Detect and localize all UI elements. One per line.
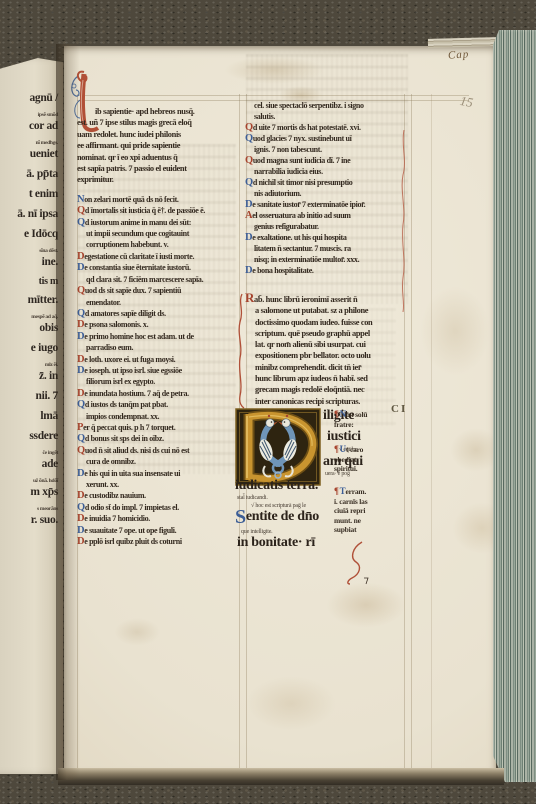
ruling-line (77, 95, 469, 96)
paraph-mark: ¶ (334, 444, 339, 454)
capitulum-entry: De suauitate 7 ope. ut ope figuli. (77, 525, 240, 536)
text-fragment: ā. pp̄ta (0, 168, 58, 181)
capitulum-text: e loth. uxore ei. ut fuga moysi. (84, 355, 175, 364)
capitulum-text: d uite 7 mortis ds hat potestatē. xvi. (253, 123, 361, 132)
capitulum-entry: De psona salomonis. x. (77, 319, 240, 330)
capitulum-entry: De ioseph. ut ipso isrl. siue egssiōe fi… (77, 365, 240, 388)
cap-annotation: Cap (448, 48, 470, 61)
capitulum-entry: Qd amatores sapīe diligit ds. (77, 308, 240, 319)
red-flourish-tail (236, 292, 246, 412)
text-fragment: ueniet (0, 148, 58, 161)
text-fragment: e Idōcq (0, 228, 58, 241)
capitulum-initial: Q (245, 122, 253, 133)
facing-page-text-fragments: agnū / ipsē smōd cor ad nī medħgs. uenie… (0, 58, 63, 527)
capitulum-initial: Q (245, 177, 253, 188)
capitulum-entry: De his qui in uita sua insensate ui xeru… (77, 468, 240, 491)
parchment-stain (114, 618, 160, 646)
capitulum-initial: Q (77, 502, 85, 513)
capitulum-entry: De bona hospitalitate. (245, 265, 416, 276)
capitulum-text: e exaltatione. ut his qui hospita litate… (252, 233, 359, 264)
text-fragment: m xp̄s (0, 486, 58, 499)
capitulum-text: d amatores sapīe diligit ds. (85, 309, 166, 318)
capitulum-initial: Q (77, 308, 85, 319)
rab-text: ab̄. hunc librū ieronimī asserit n̄ a sa… (254, 295, 372, 406)
capitulum-text: e suauitate 7 ope. ut ope figuli. (84, 526, 176, 535)
text-fragment: ssdere (0, 430, 58, 443)
capitulum-text: er q̄ peccat quis. p h 7 torquet. (83, 423, 175, 432)
capitulum-entry: Qd bonus sit sps dei in oībz. (77, 433, 240, 444)
capitulum-initial: Q (77, 433, 85, 444)
capitulum-text: d iustorum anime in manu dei sūt: ut imp… (85, 218, 191, 250)
page-top-edges (428, 37, 496, 48)
capitulum-text: e constantia siue ēternitate iustorū. qd… (84, 263, 203, 283)
text-fragment: ine. (0, 256, 58, 269)
sentite-line: Sentite de dn̄o (235, 509, 319, 525)
capitulum-text: egestatione cū claritate ī iusti morte. (84, 252, 194, 261)
capitulum-entry: cel. siue spectaclō serpentibz. i signo … (245, 100, 416, 122)
capitulum-text: el osseruatura ab initio ad suum genius … (252, 211, 350, 231)
text-fragment: t enim (0, 188, 58, 201)
text-fragment: nii. 7 (0, 390, 58, 403)
capitulum-text: e psona salomonis. x. (84, 320, 148, 329)
capitulum-text: uod n̄ sit aliud ds. nisi ds cui nō est … (85, 446, 190, 466)
capitulum-text: e inundata hostium. 7 aq̄ de petra. (84, 389, 189, 398)
text-fragment: e iugo (0, 342, 58, 355)
capitulum-text: uod glacies 7 nyx. sustinebunt uī ignis.… (253, 134, 352, 154)
text-fragment: mespē ad aq̄. (0, 314, 58, 320)
capitulum-text: uod magna sunt iudicia dī. 7 ine narrabi… (253, 156, 351, 176)
capitulum-text: d īmortalis sit iusticia q̄ ē†. de passi… (85, 206, 205, 215)
text-fragment: ade (0, 458, 58, 471)
incipit-final-line: in bonitate· rī (237, 535, 315, 551)
text-fragment: tis m (0, 276, 58, 288)
margin-gloss: ¶Ut caro obediat spiritui. (334, 445, 363, 474)
text-fragment: r. suo. (0, 514, 58, 527)
capitulum-text: on zelari mortē quā ds nō fecit. (84, 195, 178, 204)
capitulum-entry: Per q̄ peccat quis. p h 7 torquet. (77, 422, 240, 433)
capitulum-entry: Ael osseruatura ab initio ad suum genius… (245, 210, 416, 232)
red-squiggle-flourish (344, 540, 370, 586)
left-text-column: ib sapientie· apd hebreos nusq̄. est. uñ… (77, 106, 240, 547)
prologue-paragraph: ib sapientie· apd hebreos nusq̄. est. uñ… (77, 106, 240, 186)
capitulum-entry: De pplō isrl quibz pluit ds coturni (77, 536, 240, 547)
capitulum-text: uod ds sit sapīe dux. 7 sapientiū emenda… (85, 286, 181, 306)
capitulum-initial: Q (77, 285, 85, 296)
text-fragment: c̄e ingēt (0, 450, 58, 456)
text-fragment: lmā (0, 410, 58, 423)
capitulum-entry: De constantia siue ēternitate iustorū. q… (77, 262, 240, 285)
red-margin-line (400, 130, 408, 312)
incipit-word-4: iudicatis terra. (235, 478, 318, 494)
capitulum-text: d odio st̄ do impl. 7 impietas el. (85, 503, 179, 512)
capitulum-text: e pplō isrl quibz pluit ds coturni (84, 537, 181, 546)
folio-number: 15 (459, 93, 475, 111)
capitulum-initial: Q (77, 205, 85, 216)
capitulum-entry: Qd uite 7 mortis ds hat potestatē. xvi. (245, 122, 416, 133)
text-fragment: nī medħgs. (0, 140, 58, 146)
text-fragment: sīna dēst. (0, 248, 58, 254)
capitulum-entry: De loth. uxore ei. ut fuga moysi. (77, 354, 240, 365)
capitulum-entry: Non zelari mortē quā ds nō fecit. (77, 194, 240, 205)
capitulum-text: cel. siue spectaclō serpentibz. i signo … (254, 101, 364, 121)
capitulum-text: e his qui in uita sua insensate ui xerun… (84, 469, 180, 489)
text-fragment: mītter. (0, 294, 58, 307)
capitulum-entry: De sanitate iustor̄ 7 exterminatōe ipior… (245, 199, 416, 210)
right-text-column: cel. siue spectaclō serpentibz. i signo … (245, 100, 416, 407)
sentite-text: entite de dn̄o (246, 509, 319, 524)
text-fragment: agnū / (0, 92, 58, 105)
margin-gloss: ¶Terram. i. carnīs las ciuiā repri munt.… (334, 487, 367, 535)
parchment-stain (224, 56, 324, 84)
capitulum-entry: Degestatione cū claritate ī iusti morte. (77, 251, 240, 262)
capitulum-text: d nichil sit timor nisi presumptio nis a… (253, 178, 353, 198)
capitulum-text: e inuidia 7 homicidio. (84, 514, 150, 523)
capitulum-initial: Q (245, 155, 253, 166)
capitulum-text: e sanitate iustor̄ 7 exterminatōe ipior̄… (252, 200, 365, 209)
parchment-stain (246, 676, 336, 731)
capitulum-entry: Qd odio st̄ do impl. 7 impietas el. (77, 502, 240, 513)
capitulum-entry: Qd iustos ds tanq̄m pat pbat. impios con… (77, 399, 240, 422)
capitulum-entry: Qd īmortalis sit iusticia q̄ ē†. de pass… (77, 205, 240, 216)
capitulum-text: e bona hospitalitate. (252, 266, 313, 275)
text-fragment: mlz ēi. (0, 362, 58, 368)
capitulum-entry: Quod magna sunt iudicia dī. 7 ine narrab… (245, 155, 416, 177)
text-fragment: ā. nī ipsa (0, 208, 58, 221)
interlinear-gloss: stal̄ iudicandi. (237, 495, 268, 501)
text-fragment: s meorāns (0, 506, 58, 512)
capitulum-entry: De inuidia 7 homicidio. (77, 513, 240, 524)
margin-gloss: ¶Non solū fratre: (334, 410, 367, 429)
manuscript-page: Cap 15 CI ib sapientie· apd hebreos nusq… (64, 46, 496, 778)
capitulum-initial: Q (77, 399, 85, 410)
paraph-mark: ¶ (334, 409, 339, 419)
incipit-word-2: iustici (327, 429, 361, 445)
capitulum-entry: Quod ds sit sapīe dux. 7 sapientiū emend… (77, 285, 240, 308)
capitulum-entry: Quod n̄ sit aliud ds. nisi ds cui nō est… (77, 445, 240, 468)
rab-initial: R (245, 290, 254, 305)
capitulum-initial: Q (245, 133, 253, 144)
paraph-mark: ¶ (334, 486, 339, 496)
text-fragment: obis (0, 322, 58, 335)
manuscript-photo: agnū / ipsē smōd cor ad nī medħgs. uenie… (0, 0, 536, 804)
capitulum-entry: Qd iustorum anime in manu dei sūt: ut im… (77, 217, 240, 251)
text-fragment: cor ad (0, 120, 58, 133)
sentite-initial: S (235, 506, 246, 528)
capitulum-text: d iustos ds tanq̄m pat pbat. impios cond… (85, 400, 168, 420)
capitulum-initial: Q (77, 445, 85, 456)
text-fragment: uz̄ ōnā. hdōī (0, 478, 58, 484)
capitulum-entry: Quod glacies 7 nyx. sustinebunt uī ignis… (245, 133, 416, 155)
capitulum-text: e ioseph. ut ipso isrl. siue egssiōe fil… (84, 366, 182, 386)
text-fragment: ipsē smōd (0, 112, 58, 118)
jerome-note-paragraph: Rab̄. hunc librū ieronimī asserit n̄ a s… (245, 292, 416, 407)
book-fore-edge (493, 30, 536, 782)
capitulum-entry: De inundata hostium. 7 aq̄ de petra. (77, 388, 240, 399)
capitulum-entry: De exaltatione. ut his qui hospita litat… (245, 232, 416, 265)
capitulum-text: d bonus sit sps dei in oībz. (85, 434, 164, 443)
capitulum-entry: De primo homine hoc est adam. ut de parr… (77, 331, 240, 354)
capitulum-text: e primo homine hoc est adam. ut de parra… (84, 332, 193, 352)
capitulum-text: e custodibz nauium. (84, 491, 146, 500)
book-bottom-edge (58, 768, 504, 785)
capitulum-entry: Qd nichil sit timor nisi presumptio nis … (245, 177, 416, 199)
capitulum-entry: De custodibz nauium. (77, 490, 240, 501)
text-fragment: z̄. in (0, 370, 58, 383)
illuminated-initial-d (235, 408, 321, 486)
facing-page-edge: agnū / ipsē smōd cor ad nī medħgs. uenie… (0, 58, 63, 774)
capitulum-initial: Q (77, 217, 85, 228)
